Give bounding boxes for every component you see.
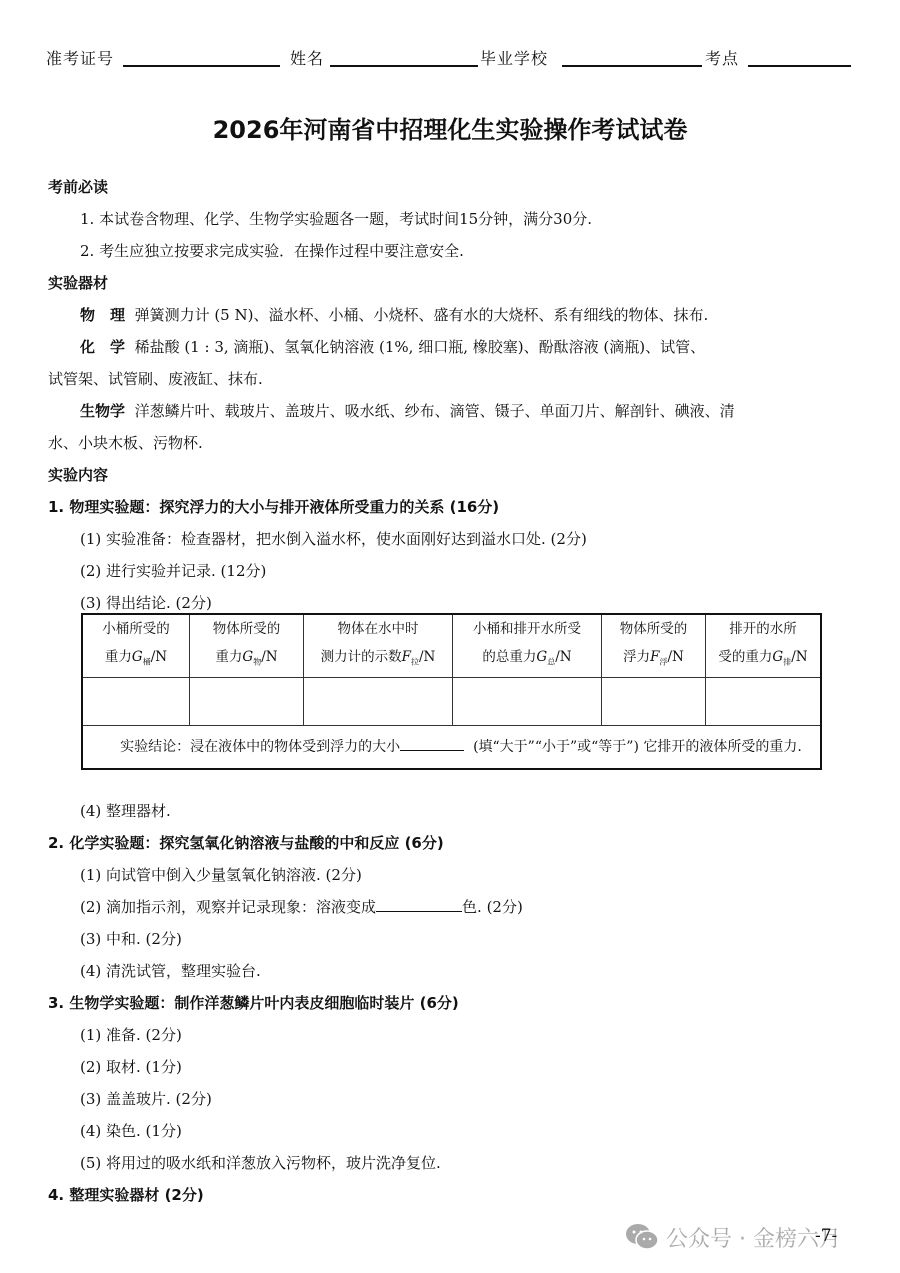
cell-displaced-water[interactable] bbox=[706, 677, 822, 725]
q3-step: (5) 将用过的吸水纸和洋葱放入污物杯，玻片洗净复位. bbox=[80, 1152, 441, 1173]
header-total-weight: 小桶和排开水所受的总重力G总/N bbox=[453, 614, 602, 677]
biology-items-cont: 水、小块木板、污物杯. bbox=[48, 432, 203, 453]
cell-scale-reading[interactable] bbox=[304, 677, 453, 725]
q1-title: 1. 物理实验题：探究浮力的大小与排开液体所受重力的关系 (16分) bbox=[48, 496, 499, 517]
physics-label: 物 理 bbox=[80, 306, 125, 324]
page-number: -7- bbox=[815, 1226, 837, 1246]
notice-heading: 考前必读 bbox=[48, 176, 108, 197]
chemistry-items-cont: 试管架、试管刷、废液缸、抹布. bbox=[48, 368, 263, 389]
header-bucket-weight: 小桶所受的重力G桶/N bbox=[82, 614, 190, 677]
content-heading: 实验内容 bbox=[48, 464, 108, 485]
q2-step: (4) 清洗试管，整理实验台. bbox=[80, 960, 261, 981]
chemistry-label: 化 学 bbox=[80, 338, 125, 356]
table-row bbox=[82, 677, 821, 725]
q3-step: (2) 取材. (1分) bbox=[80, 1056, 182, 1077]
exam-site-label: 考点 bbox=[705, 46, 739, 69]
chemistry-items: 稀盐酸 (1 : 3, 滴瓶)、氢氧化钠溶液 (1%, 细口瓶, 橡胶塞)、酚酞… bbox=[135, 338, 706, 356]
q2-step: (3) 中和. (2分) bbox=[80, 928, 182, 949]
equipment-biology: 生物学 洋葱鳞片叶、载玻片、盖玻片、吸水纸、纱布、滴管、镊子、单面刀片、解剖针、… bbox=[80, 400, 735, 421]
header-object-weight: 物体所受的重力G物/N bbox=[190, 614, 304, 677]
q3-title: 3. 生物学实验题：制作洋葱鳞片叶内表皮细胞临时装片 (6分) bbox=[48, 992, 459, 1013]
conclusion-prefix: 实验结论：浸在液体中的物体受到浮力的大小 bbox=[120, 739, 400, 755]
equipment-chemistry: 化 学 稀盐酸 (1 : 3, 滴瓶)、氢氧化钠溶液 (1%, 细口瓶, 橡胶塞… bbox=[80, 336, 705, 357]
conclusion-blank[interactable] bbox=[400, 736, 464, 751]
header-buoyancy: 物体所受的浮力F浮/N bbox=[602, 614, 706, 677]
watermark: 公众号 · 金榜六月 bbox=[625, 1222, 841, 1253]
cell-bucket-weight[interactable] bbox=[82, 677, 190, 725]
exam-id-field[interactable] bbox=[123, 65, 280, 67]
equipment-heading: 实验器材 bbox=[48, 272, 108, 293]
biology-label: 生物学 bbox=[80, 402, 125, 420]
notice-item: 1. 本试卷含物理、化学、生物学实验题各一题，考试时间15分钟，满分30分. bbox=[80, 208, 592, 229]
q2-step2-suffix: 色. (2分) bbox=[462, 898, 523, 916]
conclusion-row: 实验结论：浸在液体中的物体受到浮力的大小 (填“大于”“小于”或“等于”) 它排… bbox=[82, 725, 821, 769]
q2-step2-prefix: (2) 滴加指示剂，观察并记录现象：溶液变成 bbox=[80, 898, 376, 916]
table-header-row: 小桶所受的重力G桶/N 物体所受的重力G物/N 物体在水中时测力计的示数F拉/N… bbox=[82, 614, 821, 677]
name-label: 姓名 bbox=[290, 46, 324, 69]
equipment-physics: 物 理 弹簧测力计 (5 N)、溢水杯、小桶、小烧杯、盛有水的大烧杯、系有细线的… bbox=[80, 304, 708, 325]
physics-record-table: 小桶所受的重力G桶/N 物体所受的重力G物/N 物体在水中时测力计的示数F拉/N… bbox=[81, 613, 822, 770]
q3-step: (1) 准备. (2分) bbox=[80, 1024, 182, 1045]
cell-buoyancy[interactable] bbox=[602, 677, 706, 725]
q4-title: 4. 整理实验器材 (2分) bbox=[48, 1184, 204, 1205]
q2-step: (2) 滴加指示剂，观察并记录现象：溶液变成色. (2分) bbox=[80, 896, 523, 917]
q1-step: (2) 进行实验并记录. (12分) bbox=[80, 560, 266, 581]
q1-step: (1) 实验准备：检查器材，把水倒入溢水杯，使水面刚好达到溢水口处. (2分) bbox=[80, 528, 587, 549]
header-displaced-water: 排开的水所受的重力G排/N bbox=[706, 614, 822, 677]
physics-items: 弹簧测力计 (5 N)、溢水杯、小桶、小烧杯、盛有水的大烧杯、系有细线的物体、抹… bbox=[135, 306, 709, 324]
wechat-icon bbox=[625, 1223, 659, 1251]
cell-total-weight[interactable] bbox=[453, 677, 602, 725]
biology-items: 洋葱鳞片叶、载玻片、盖玻片、吸水纸、纱布、滴管、镊子、单面刀片、解剖针、碘液、清 bbox=[135, 402, 735, 420]
q3-step: (4) 染色. (1分) bbox=[80, 1120, 182, 1141]
q1-step: (4) 整理器材. bbox=[80, 800, 171, 821]
exam-site-field[interactable] bbox=[748, 65, 851, 67]
page-title: 2026年河南省中招理化生实验操作考试试卷 bbox=[0, 110, 900, 145]
header-scale-reading: 物体在水中时测力计的示数F拉/N bbox=[304, 614, 453, 677]
conclusion-suffix: (填“大于”“小于”或“等于”) 它排开的液体所受的重力. bbox=[473, 739, 802, 755]
q2-title: 2. 化学实验题：探究氢氧化钠溶液与盐酸的中和反应 (6分) bbox=[48, 832, 444, 853]
school-label: 毕业学校 bbox=[480, 46, 548, 69]
color-blank[interactable] bbox=[376, 897, 462, 912]
name-field[interactable] bbox=[330, 65, 478, 67]
conclusion-cell: 实验结论：浸在液体中的物体受到浮力的大小 (填“大于”“小于”或“等于”) 它排… bbox=[82, 725, 821, 769]
q3-step: (3) 盖盖玻片. (2分) bbox=[80, 1088, 212, 1109]
q1-step: (3) 得出结论. (2分) bbox=[80, 592, 212, 613]
school-field[interactable] bbox=[562, 65, 702, 67]
notice-item: 2. 考生应独立按要求完成实验．在操作过程中要注意安全. bbox=[80, 240, 464, 261]
q2-step: (1) 向试管中倒入少量氢氧化钠溶液. (2分) bbox=[80, 864, 362, 885]
cell-object-weight[interactable] bbox=[190, 677, 304, 725]
exam-id-label: 准考证号 bbox=[46, 46, 114, 69]
